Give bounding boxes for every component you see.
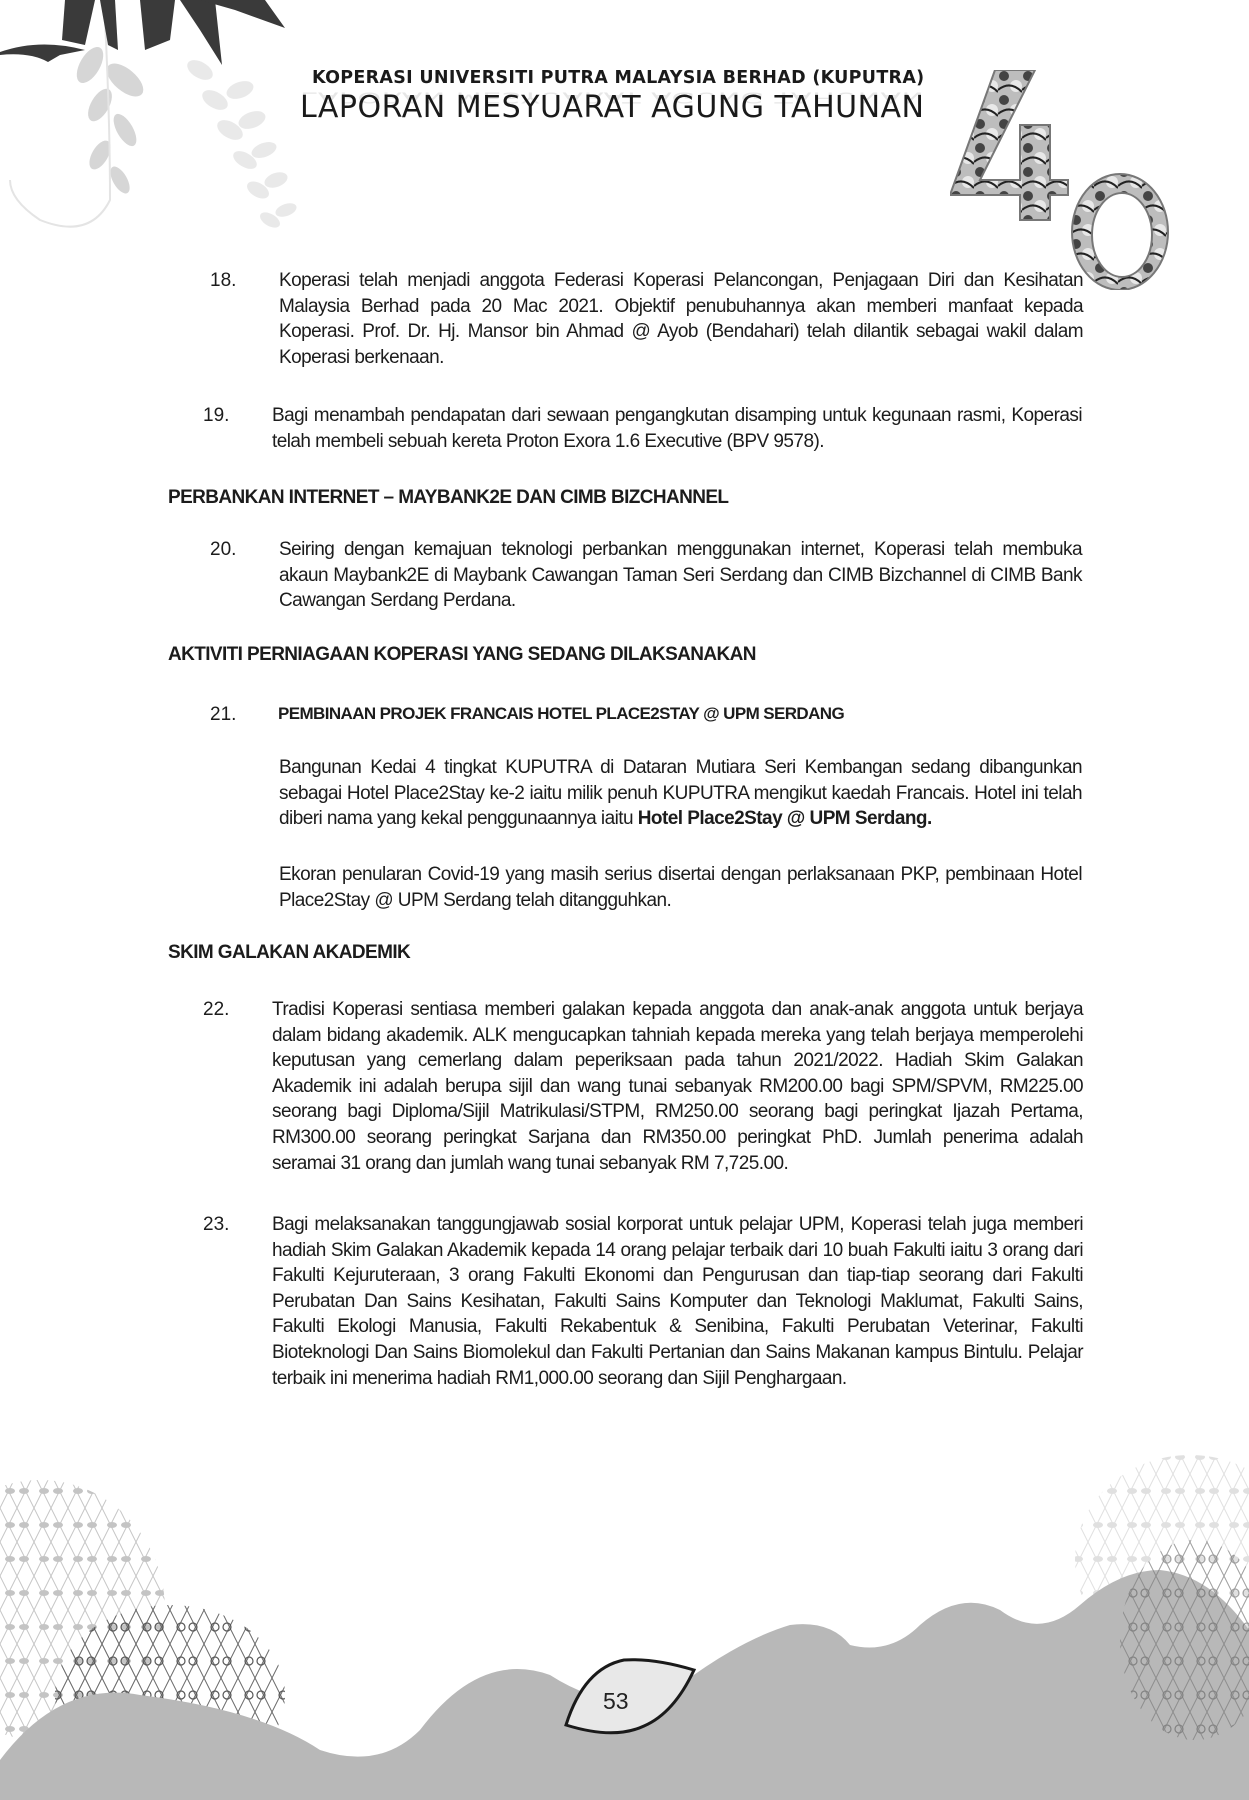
item-number: 19.: [203, 403, 229, 429]
section-heading-academic: SKIM GALAKAN AKADEMIK: [168, 942, 410, 964]
item-number: 21.: [210, 702, 236, 728]
hills-decoration: [0, 1440, 1249, 1800]
report-title: LAPORAN MESYUARAT AGUNG TAHUNAN: [300, 90, 925, 125]
item-21-paragraph-2: Ekoran penularan Covid-19 yang masih ser…: [279, 862, 1082, 913]
organization-name: KOPERASI UNIVERSITI PUTRA MALAYSIA BERHA…: [312, 68, 924, 88]
item-23-text: Bagi melaksanakan tanggungjawab sosial k…: [272, 1212, 1083, 1391]
item-20-text: Seiring dengan kemajuan teknologi perban…: [279, 537, 1082, 614]
anniversary-40-logo: [950, 70, 1175, 290]
item-number: 23.: [203, 1212, 229, 1238]
foliage-decoration: [0, 0, 320, 270]
item-22-text: Tradisi Koperasi sentiasa memberi galaka…: [272, 997, 1083, 1176]
item-number: 22.: [203, 997, 229, 1023]
item-18-text: Koperasi telah menjadi anggota Federasi …: [279, 268, 1083, 370]
item-19-text: Bagi menambah pendapatan dari sewaan pen…: [272, 403, 1082, 454]
page-number: 53: [603, 1688, 629, 1715]
item-21-paragraph-1: Bangunan Kedai 4 tingkat KUPUTRA di Data…: [279, 755, 1082, 832]
item-number: 18.: [210, 268, 236, 294]
section-heading-business: AKTIVITI PERNIAGAAN KOPERASI YANG SEDANG…: [168, 644, 756, 666]
section-heading-internet-banking: PERBANKAN INTERNET – MAYBANK2E DAN CIMB …: [168, 487, 728, 509]
item-number: 20.: [210, 537, 236, 563]
item-21-subheading: PEMBINAAN PROJEK FRANCAIS HOTEL PLACE2ST…: [278, 704, 844, 724]
hotel-name-emphasis: Hotel Place2Stay @ UPM Serdang.: [638, 808, 932, 829]
